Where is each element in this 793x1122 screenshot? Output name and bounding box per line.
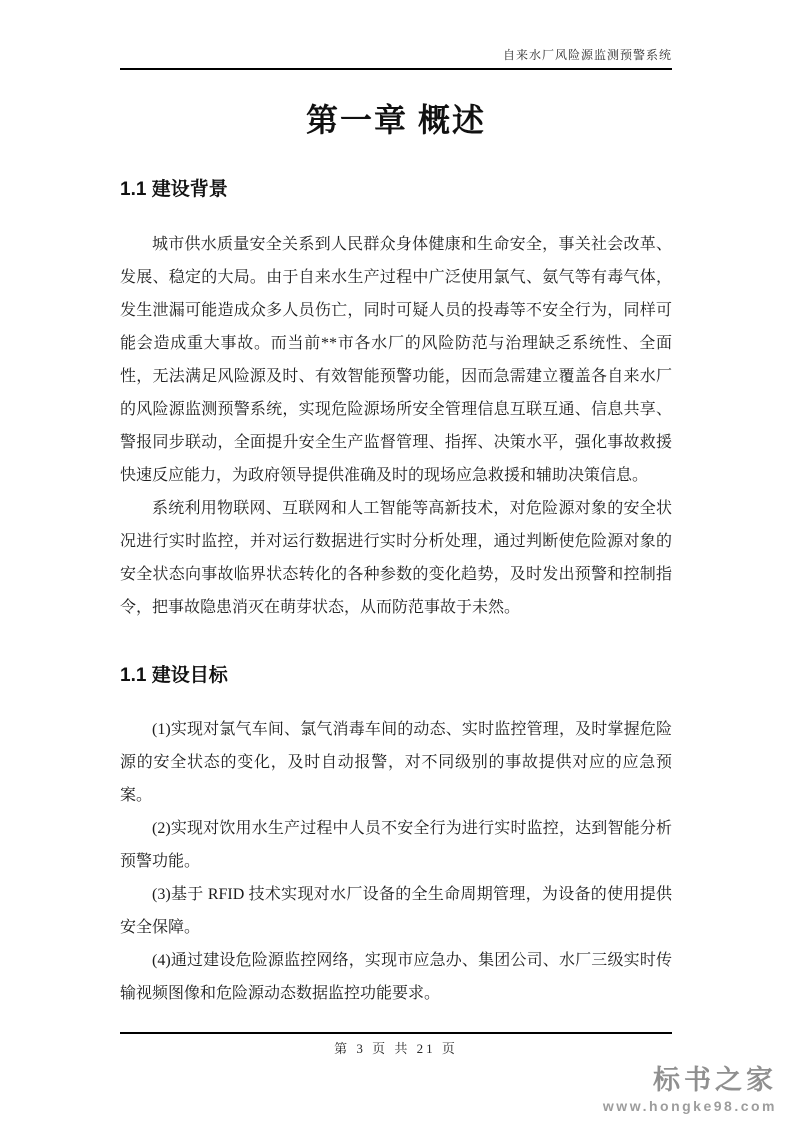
- chapter-title: 第一章 概述: [120, 98, 672, 142]
- paragraph: 系统利用物联网、互联网和人工智能等高新技术，对危险源对象的安全状况进行实时监控，…: [120, 492, 672, 624]
- page-header: 自来水厂风险源监测预警系统: [120, 46, 672, 70]
- document-page: 自来水厂风险源监测预警系统 第一章 概述 1.1 建设背景 城市供水质量安全关系…: [0, 0, 793, 1122]
- section-goals-body: (1)实现对氯气车间、氯气消毒车间的动态、实时监控管理，及时掌握危险源的安全状态…: [120, 713, 672, 1010]
- header-title: 自来水厂风险源监测预警系统: [503, 48, 672, 62]
- goal-item: (3)基于 RFID 技术实现对水厂设备的全生命周期管理，为设备的使用提供安全保…: [120, 878, 672, 944]
- section-background-body: 城市供水质量安全关系到人民群众身体健康和生命安全，事关社会改革、发展、稳定的大局…: [120, 228, 672, 624]
- goal-item: (2)实现对饮用水生产过程中人员不安全行为进行实时监控，达到智能分析预警功能。: [120, 812, 672, 878]
- page-number: 第 3 页 共 21 页: [334, 1041, 458, 1056]
- watermark-url: www.hongke98.com: [603, 1099, 777, 1114]
- paragraph: 城市供水质量安全关系到人民群众身体健康和生命安全，事关社会改革、发展、稳定的大局…: [120, 228, 672, 492]
- section-heading-goals: 1.1 建设目标: [120, 664, 672, 688]
- watermark: 标书之家 www.hongke98.com: [603, 1066, 777, 1114]
- watermark-logo-text: 标书之家: [603, 1066, 777, 1096]
- goal-item: (1)实现对氯气车间、氯气消毒车间的动态、实时监控管理，及时掌握危险源的安全状态…: [120, 713, 672, 812]
- section-heading-background: 1.1 建设背景: [120, 178, 672, 202]
- goal-item: (4)通过建设危险源监控网络，实现市应急办、集团公司、水厂三级实时传输视频图像和…: [120, 944, 672, 1010]
- page-content: 自来水厂风险源监测预警系统 第一章 概述 1.1 建设背景 城市供水质量安全关系…: [120, 0, 672, 1010]
- page-footer: 第 3 页 共 21 页: [120, 1032, 672, 1057]
